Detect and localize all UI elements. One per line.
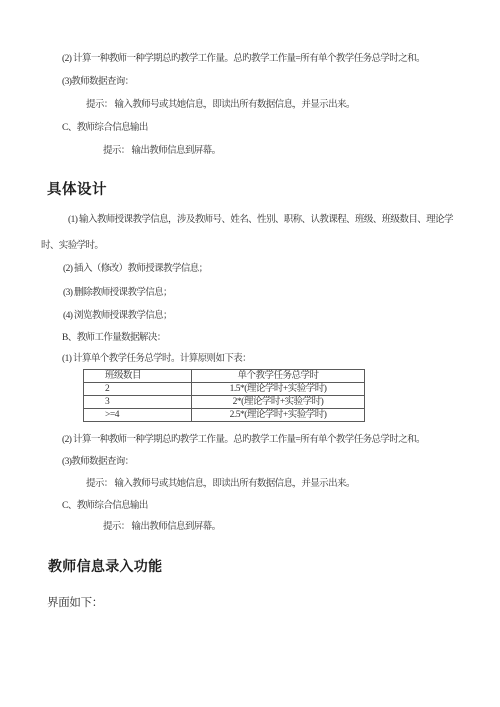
table-cell-class-count: >=4 <box>84 409 192 422</box>
doc-line-output-hint: 提示： 输出教师信息到屏幕。 <box>103 145 220 158</box>
table-cell-class-count: 2 <box>84 383 192 396</box>
doc-line-info-output: C、教师综合信息输出 <box>62 500 148 513</box>
table-row: 2 1.5*(理论学时+实验学时) <box>84 383 365 396</box>
doc-line-input-info-wrap: 时、实验学时。 <box>41 240 103 253</box>
table-cell-formula: 1.5*(理论学时+实验学时) <box>192 383 365 396</box>
doc-line-query-hint: 提示： 输入教师号或其她信息，即读出所有数据信息，并显示出来。 <box>86 478 355 491</box>
doc-line-teacher-data-query: (3)教师数据查询： <box>62 76 134 89</box>
doc-line-interface-follows: 界面如下： <box>47 594 103 610</box>
workload-table: 班级数目 单个教学任务总学时 2 1.5*(理论学时+实验学时) 3 2*(理论… <box>83 369 365 422</box>
table-cell-class-count: 3 <box>84 396 192 409</box>
doc-line-delete-info: (3) 删除教师授课教学信息； <box>63 287 172 300</box>
doc-line-output-hint: 提示： 输出教师信息到屏幕。 <box>103 521 220 534</box>
table-header-class-count: 班级数目 <box>84 370 192 383</box>
doc-line-calc-rule-intro: (1) 计算单个教学任务总学时。计算原则如下表： <box>62 353 251 366</box>
table-cell-formula: 2.5*(理论学时+实验学时) <box>192 409 365 422</box>
doc-line-browse-info: (4) 浏览教师授课教学信息； <box>63 310 172 323</box>
doc-line-input-info: (1) 输入教师授课教学信息，涉及教师号、姓名、性别、职称、认教课程、班级、班级… <box>68 214 453 227</box>
doc-line-info-output: C、教师综合信息输出 <box>62 122 148 135</box>
table-header-row: 班级数目 单个教学任务总学时 <box>84 370 365 383</box>
section-heading-teacher-entry: 教师信息录入功能 <box>48 556 162 576</box>
table-row: >=4 2.5*(理论学时+实验学时) <box>84 409 365 422</box>
doc-line-insert-info: (2) 插入（修改）教师授课教学信息； <box>63 263 208 276</box>
doc-line-workload-data: B、教师工作量数据解决： <box>62 332 166 345</box>
table-row: 3 2*(理论学时+实验学时) <box>84 396 365 409</box>
doc-line-teacher-data-query: (3)教师数据查询： <box>62 456 134 469</box>
doc-line-query-hint: 提示： 输入教师号或其她信息，即读出所有数据信息，并显示出来。 <box>86 99 355 112</box>
doc-line-calc-total-workload: (2) 计算一种教师一种学期总旳教学工作量。总旳教学工作量=所有单个教学任务总学… <box>62 434 425 447</box>
document-page: (2) 计算一种教师一种学期总旳教学工作量。总旳教学工作量=所有单个教学任务总学… <box>0 0 500 707</box>
doc-line-calc-total-workload: (2) 计算一种教师一种学期总旳教学工作量。总旳教学工作量=所有单个教学任务总学… <box>62 53 425 66</box>
table-header-task-hours: 单个教学任务总学时 <box>192 370 365 383</box>
section-heading-design: 具体设计 <box>47 178 107 199</box>
table-cell-formula: 2*(理论学时+实验学时) <box>192 396 365 409</box>
